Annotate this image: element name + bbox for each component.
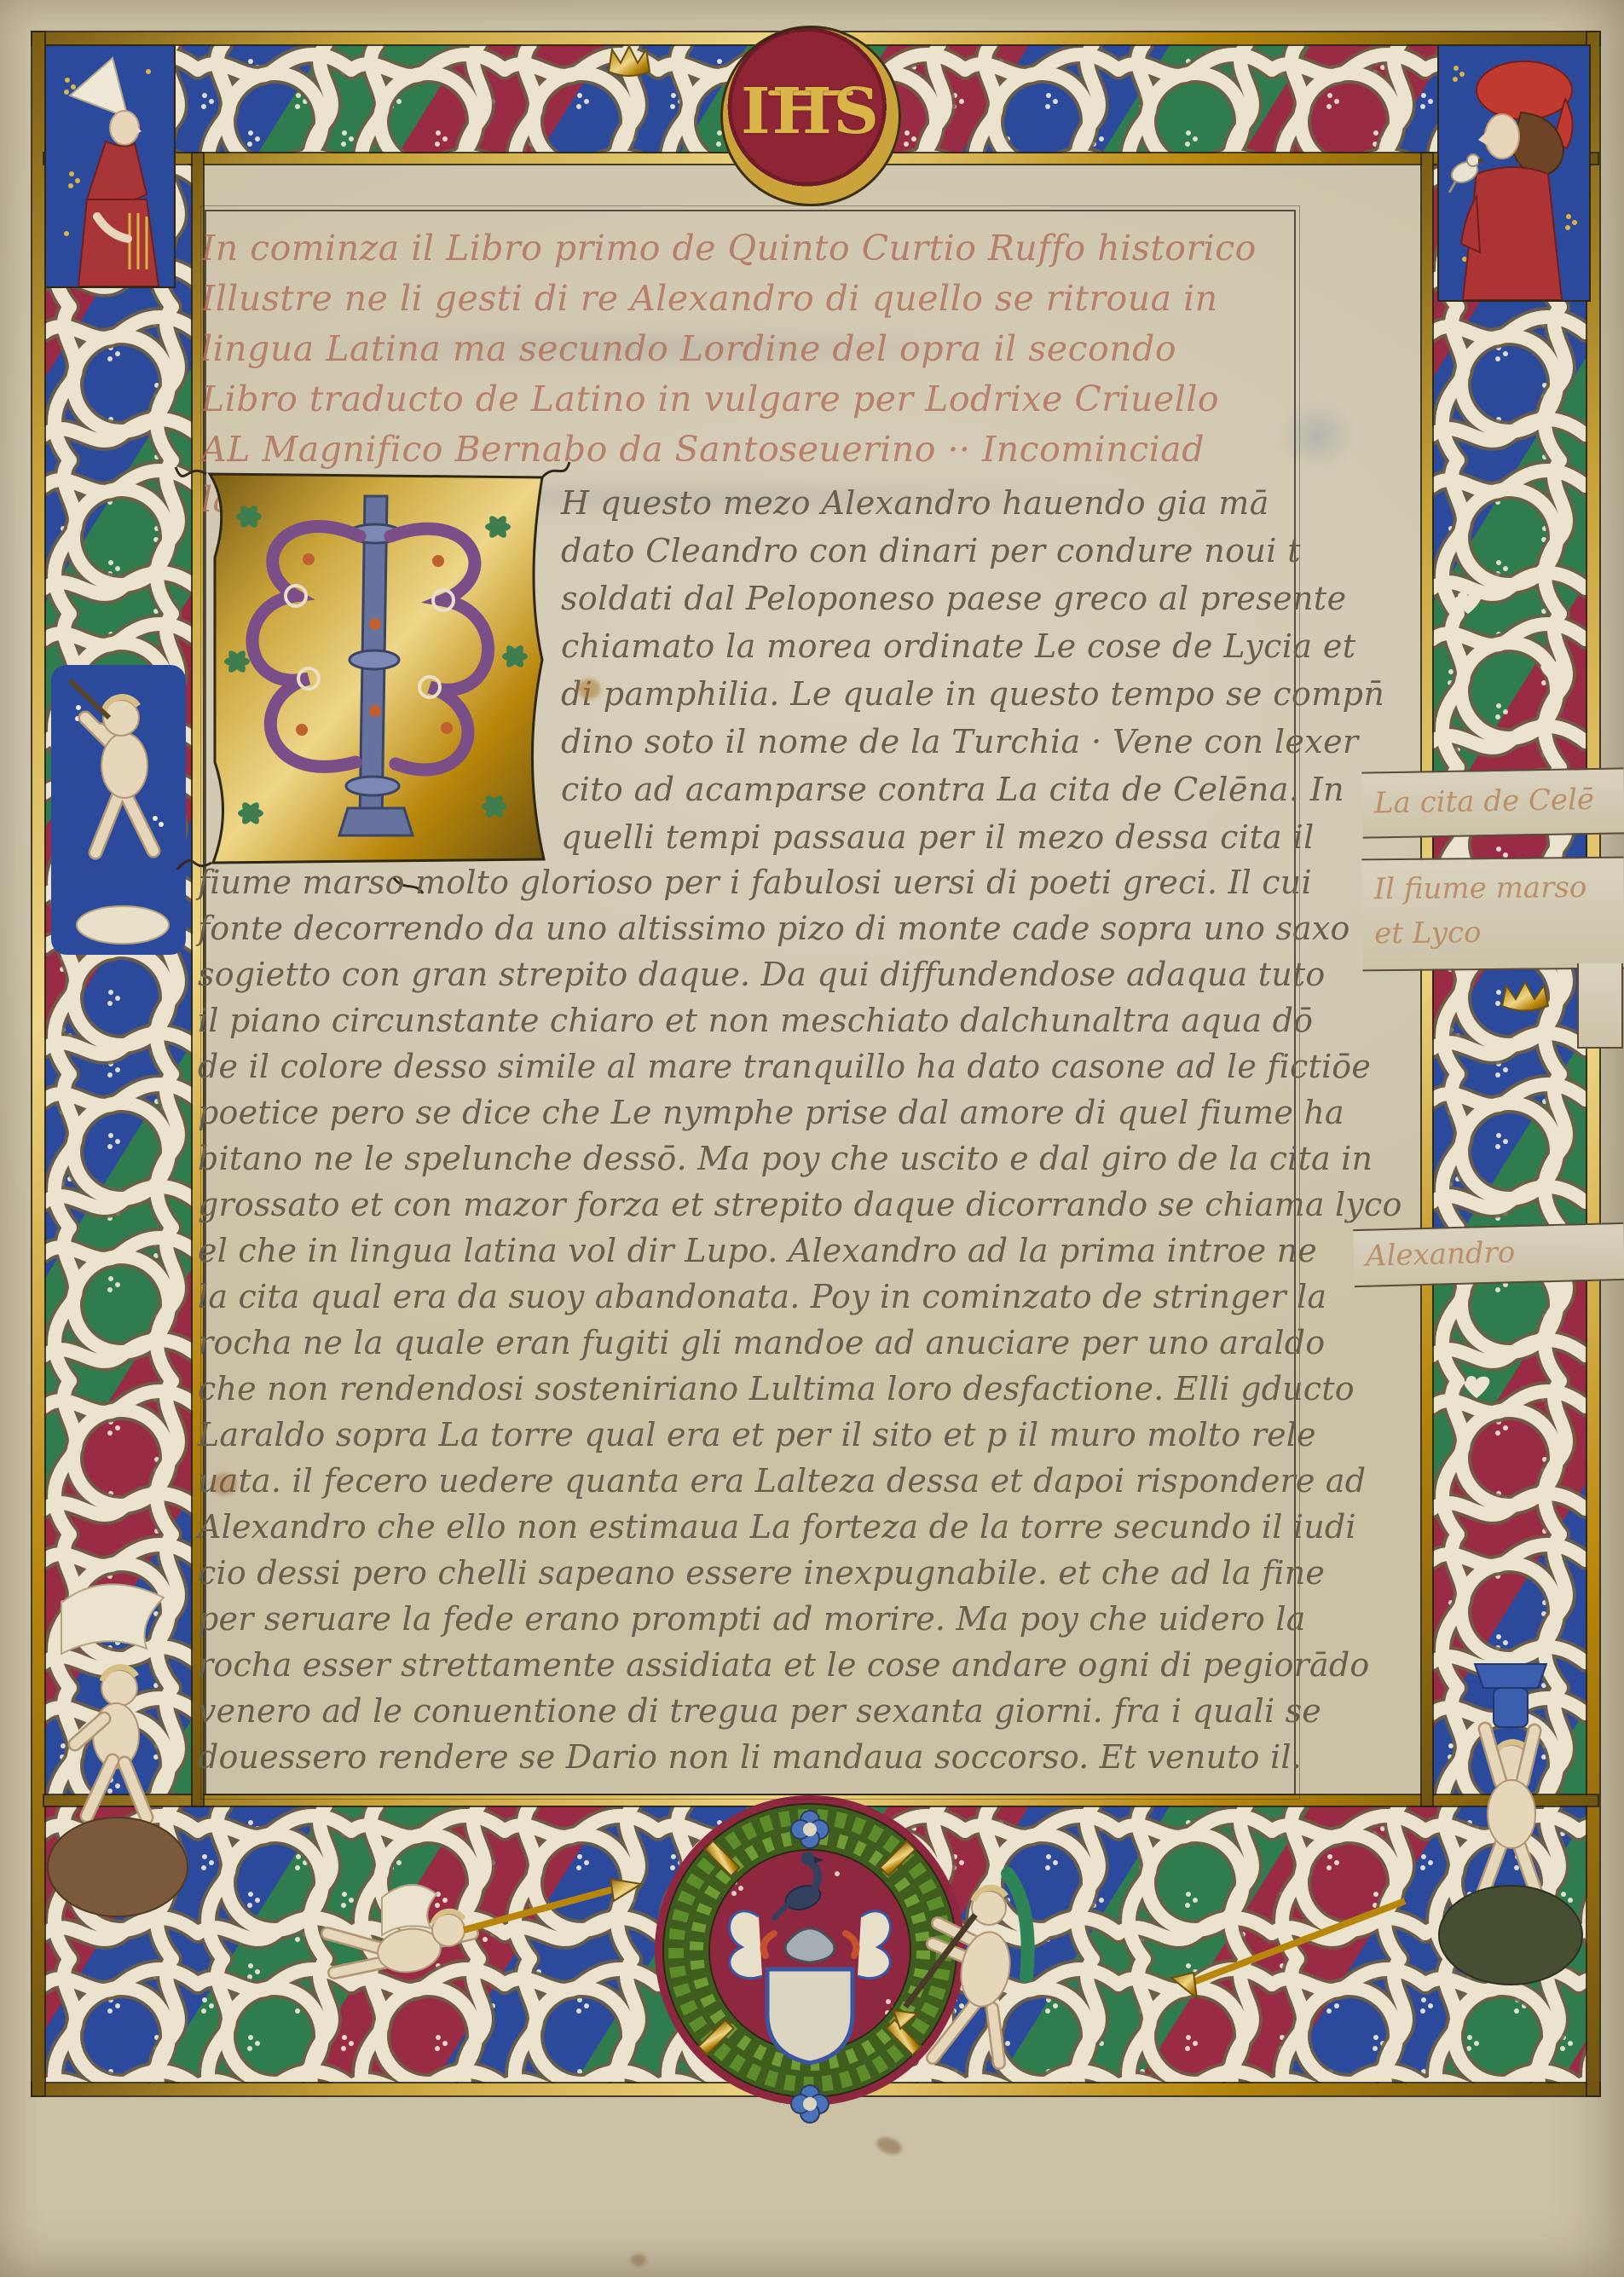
text-line: H questo mezo Alexandro hauendo gia mā [561,479,1294,527]
gold-fillet-outer-right [1587,32,1599,2095]
text-line: sogietto con gran strepito daque. Da qui… [198,951,1294,997]
text-line: chiamato la morea ordinate Le cose de Ly… [561,622,1294,670]
margin-note-marso-lyco: Il fiume marso et Lyco [1361,857,1624,972]
ihs-medallion: IHS [720,26,901,206]
text-line: douessero rendere se Dario non li mandau… [198,1734,1294,1780]
margin-note-alexandro: Alexandro [1353,1222,1624,1287]
text-line: venero ad le conuentione di tregua per s… [198,1688,1294,1734]
body-paragraph: fiume marso molto glorioso per i fabulos… [198,859,1294,1780]
parchment-stain [875,2134,904,2157]
text-line: di pamphilia. Le quale in questo tempo s… [561,670,1294,718]
text-line: el che in lingua latina vol dir Lupo. Al… [198,1228,1294,1274]
parchment-stain [631,2254,646,2266]
rubric-line: Libro traducto de Latino in vulgare per … [201,374,1292,425]
text-line: dino soto il nome de la Turchia · Vene c… [561,718,1294,766]
text-line: che non rendendosi sosteniriano Lultima … [198,1366,1294,1412]
margin-note-text: Il fiume marso [1362,865,1624,912]
cherub-trumpeter-left-icon [327,1879,641,1976]
rubric-line: lingua Latina ma secundo Lordine del opr… [201,324,1292,374]
rubric-line: Illustre ne li gesti di re Alexandro di … [201,274,1292,324]
text-line: uata. il fecero uedere quanta era Laltez… [198,1458,1294,1504]
text-line: Laraldo sopra La torre qual era et per i… [198,1412,1294,1458]
text-line: dato Cleandro con dinari per condure nou… [561,527,1294,575]
text-line: cio dessi pero chelli sapeano essere ine… [198,1550,1294,1596]
crown-icon [602,39,656,84]
text-line: rocha esser strettamente assidiata et le… [198,1642,1294,1688]
banderole-tail [1577,963,1623,1049]
text-line: soldati dal Peloponeso paese greco al pr… [561,575,1294,622]
rubric-line: In cominza il Libro primo de Quinto Curt… [201,223,1292,274]
right-border-figures [1432,153,1587,1795]
margin-note-text: La cita de Celē [1361,769,1624,833]
text-line: quelli tempi passaua per il mezo dessa c… [561,813,1294,861]
text-line: il piano circunstante chiaro et non mesc… [198,997,1294,1043]
blank-shield [767,1969,852,2063]
text-line: de il colore desso simile al mare tranqu… [198,1043,1294,1089]
text-line: rocha ne la quale eran fugiti gli mandoe… [198,1320,1294,1366]
opening-paragraph: H questo mezo Alexandro hauendo gia māda… [561,479,1294,861]
manuscript-page: IHS [0,0,1624,2277]
illuminated-initial [181,455,564,881]
parchment-stain [578,679,600,699]
margin-note-celena: La cita de Celē [1361,767,1624,838]
text-line: fiume marso molto glorioso per i fabulos… [198,859,1294,905]
ihs-monogram: IHS [720,75,901,148]
text-line: la cita qual era da suoy abandonata. Poy… [198,1274,1294,1320]
left-border-figures [44,153,193,1795]
text-line: bitano ne le spelunche dessō. Ma poy che… [198,1136,1294,1182]
text-line: cito ad acamparse contra La cita de Celē… [561,766,1294,813]
text-line: per seruare la fede erano prompti ad mor… [198,1596,1294,1642]
margin-note-text: et Lyco [1362,910,1624,956]
text-line: Alexandro che ello non estimaua La forte… [198,1504,1294,1550]
bottom-border-figures [44,1806,1587,2083]
margin-note-text: Alexandro [1353,1224,1624,1282]
crown-icon [1502,982,1548,1011]
gold-fillet-inner-right [1422,153,1432,1806]
text-line: poetice pero se dice che Le nymphe prise… [198,1089,1294,1136]
text-line: fonte decorrendo da uno altissimo pizo d… [198,905,1294,951]
trumpet-right-icon [1171,1901,1405,1998]
gold-fillet-outer-left [32,32,44,2095]
parchment-stain [211,1473,237,1495]
text-line: grossato et con mazor forza et strepito … [198,1182,1294,1228]
